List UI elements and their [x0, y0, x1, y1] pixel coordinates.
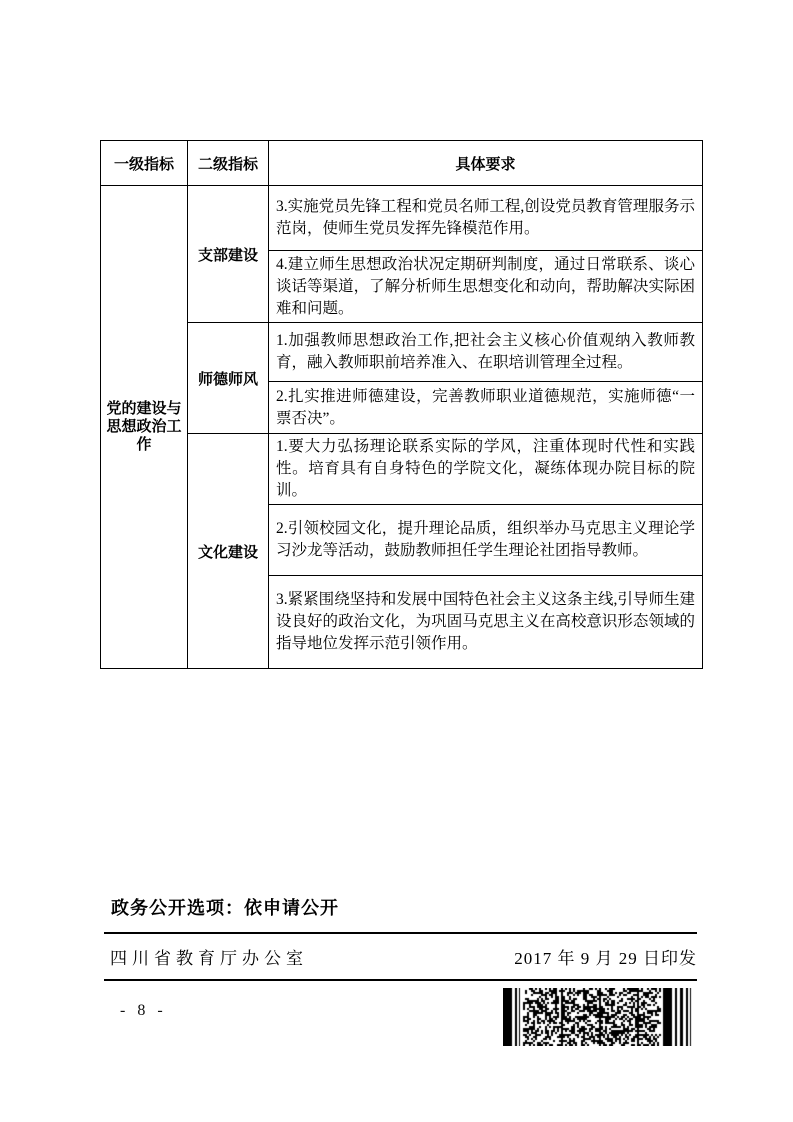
- group-label-culture-building: 文化建设: [188, 434, 269, 669]
- print-date-label: 2017 年 9 月 29 日印发: [514, 944, 697, 969]
- issuing-office-label: 四川省教育厅办公室: [110, 944, 308, 969]
- disclosure-option-label: 政务公开选项：依申请公开: [111, 894, 339, 920]
- footer-divider-bottom: [104, 979, 697, 981]
- requirement-cell: 1.加强教师思想政治工作,把社会主义核心价值观纳入教师教育，融入教师职前培养准入…: [269, 323, 703, 382]
- table-header-level1: 一级指标: [101, 141, 188, 186]
- requirement-cell: 3.紧紧围绕坚持和发展中国特色社会主义这条主线,引导师生建设良好的政治文化，为巩…: [269, 576, 703, 669]
- requirement-cell: 1.要大力弘扬理论联系实际的学风，注重体现时代性和实践性。培育具有自身特色的学院…: [269, 434, 703, 505]
- footer-issuer-row: 四川省教育厅办公室 2017 年 9 月 29 日印发: [110, 944, 697, 969]
- barcode: [503, 988, 693, 1046]
- table-row: 文化建设 1.要大力弘扬理论联系实际的学风，注重体现时代性和实践性。培育具有自身…: [101, 434, 703, 505]
- group-label-branch-building: 支部建设: [188, 186, 269, 323]
- table-header-level2: 二级指标: [188, 141, 269, 186]
- table-row: 党的建设与思想政治工作 支部建设 3.实施党员先锋工程和党员名师工程,创设党员教…: [101, 186, 703, 251]
- table-header-row: 一级指标 二级指标 具体要求: [101, 141, 703, 186]
- table-header-requirements: 具体要求: [269, 141, 703, 186]
- group-label-teacher-ethics: 师德师风: [188, 323, 269, 434]
- page-number: - 8 -: [120, 1002, 167, 1020]
- requirement-cell: 4.建立师生思想政治状况定期研判制度，通过日常联系、谈心谈话等渠道，了解分析师生…: [269, 251, 703, 323]
- table-row: 师德师风 1.加强教师思想政治工作,把社会主义核心价值观纳入教师教育，融入教师职…: [101, 323, 703, 382]
- level1-indicator-cell: 党的建设与思想政治工作: [101, 186, 188, 669]
- indicator-table: 一级指标 二级指标 具体要求 党的建设与思想政治工作 支部建设 3.实施党员先锋…: [100, 140, 703, 669]
- requirement-cell: 3.实施党员先锋工程和党员名师工程,创设党员教育管理服务示范岗，使师生党员发挥先…: [269, 186, 703, 251]
- requirement-cell: 2.引领校园文化，提升理论品质，组织举办马克思主义理论学习沙龙等活动，鼓励教师担…: [269, 505, 703, 576]
- document-page: 一级指标 二级指标 具体要求 党的建设与思想政治工作 支部建设 3.实施党员先锋…: [0, 0, 793, 1122]
- footer-divider-top: [104, 932, 697, 934]
- requirement-cell: 2.扎实推进师德建设，完善教师职业道德规范，实施师德“一票否决”。: [269, 382, 703, 434]
